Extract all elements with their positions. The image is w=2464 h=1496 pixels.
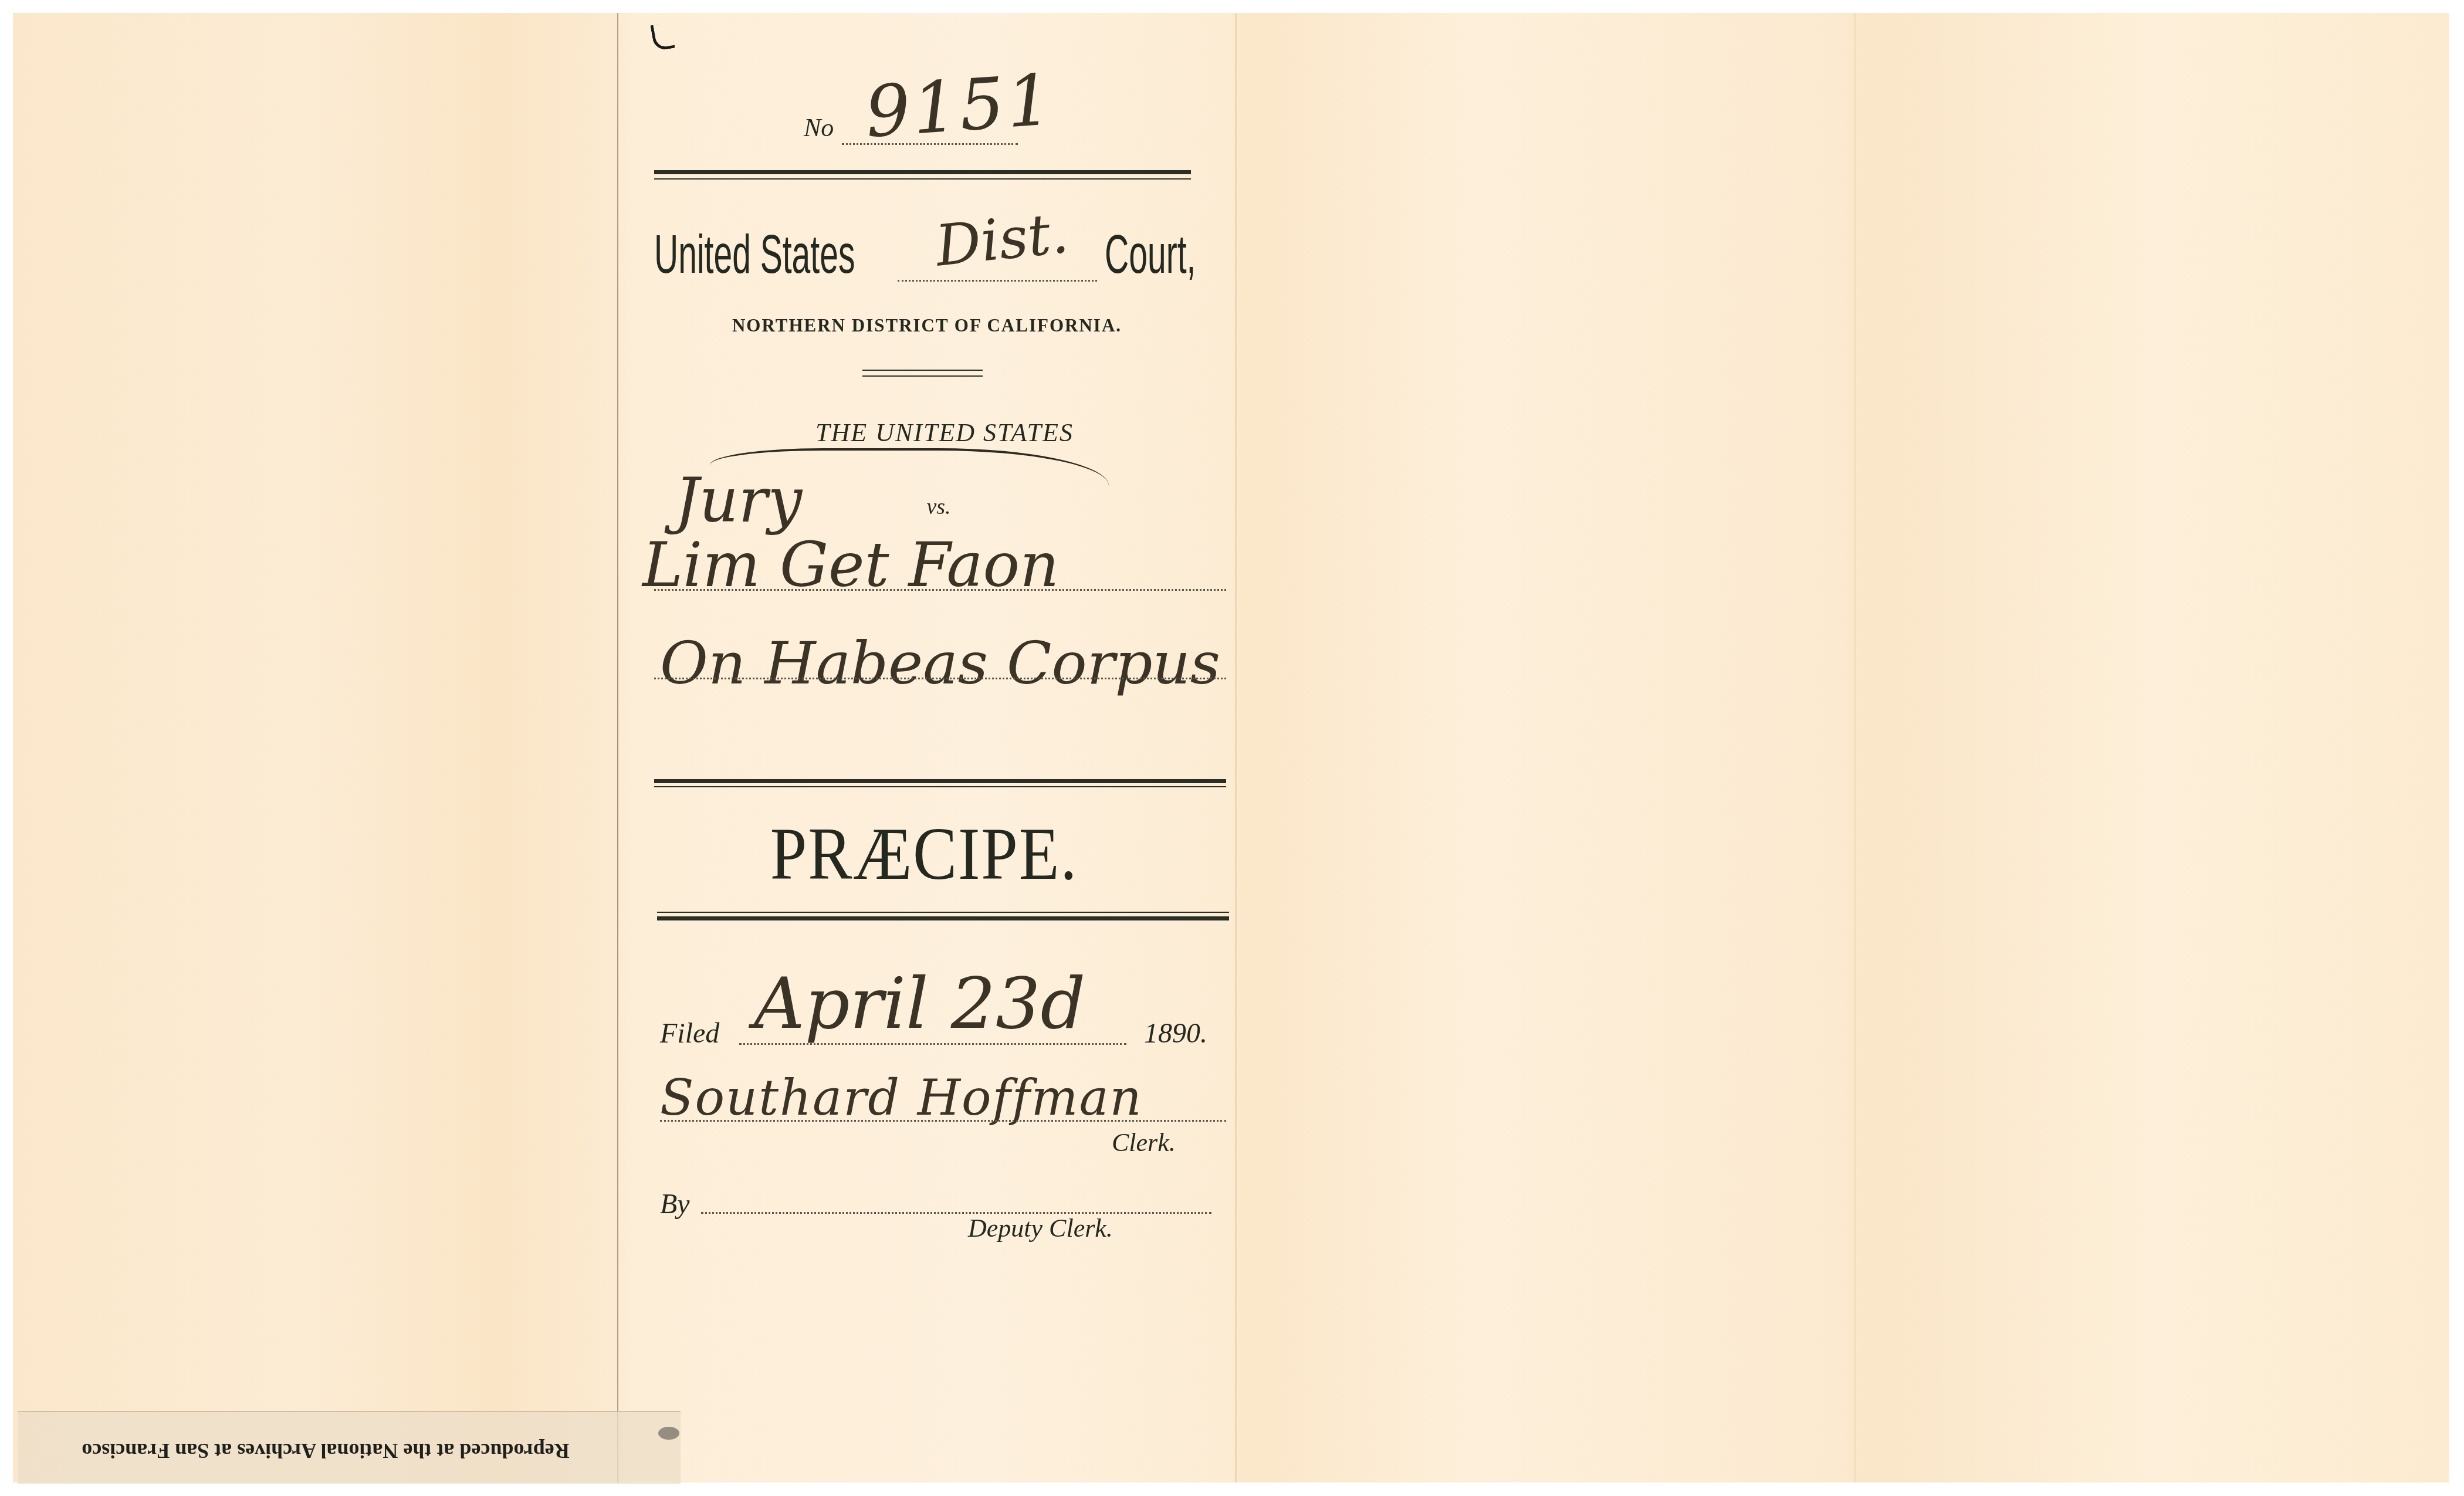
rule-short-2 — [862, 375, 983, 377]
defendant-line-1: Jury — [675, 465, 802, 536]
deputy-by-label: By — [660, 1188, 690, 1220]
case-number-handwritten: 9151 — [863, 59, 1057, 154]
filed-date-handwritten: April 23d — [754, 963, 1085, 1045]
clerk-signature-line — [660, 1120, 1226, 1122]
court-prefix: United States — [654, 224, 855, 286]
deputy-signature-line — [701, 1212, 1211, 1214]
paper-fold-center — [1235, 13, 1237, 1483]
document-title: PRÆCIPE. — [651, 811, 1198, 897]
defendant-line-2-dotted — [654, 678, 1226, 679]
case-number-label: No — [804, 113, 834, 143]
tape-residue — [658, 1427, 679, 1440]
paper-fold-right — [1854, 13, 1856, 1483]
defendant-line-3: On Habeas Corpus — [660, 629, 1220, 698]
rule-title-bottom-thin — [657, 912, 1229, 913]
archive-reproduction-notice: Reproduced at the National Archives at S… — [32, 1439, 619, 1463]
district-name: NORTHERN DISTRICT OF CALIFORNIA. — [619, 315, 1235, 336]
rule-short-1 — [862, 370, 983, 371]
rule-title-top-thin — [654, 786, 1226, 787]
filed-label: Filed — [660, 1017, 719, 1050]
court-suffix: Court, — [1105, 224, 1196, 286]
paper-fold-left — [617, 13, 618, 1483]
plaintiff-name: THE UNITED STATES — [654, 418, 1235, 448]
praecipe-cover-panel: No 9151 United States Dist. Court, NORTH… — [619, 13, 1235, 1483]
rule-top-thick — [654, 170, 1191, 174]
filed-year: 1890. — [1144, 1017, 1207, 1050]
defendant-line-1-dotted — [654, 589, 1226, 591]
rule-top-thin — [654, 178, 1191, 180]
court-type-handwritten: Dist. — [933, 199, 1072, 279]
deputy-clerk-label: Deputy Clerk. — [968, 1213, 1113, 1243]
clerk-signature: Southard Hoffman — [660, 1069, 1143, 1126]
court-type-line — [898, 280, 1097, 282]
rule-title-bottom-thick — [657, 916, 1229, 920]
clerk-label: Clerk. — [1112, 1128, 1176, 1157]
rule-title-top-thick — [654, 779, 1226, 783]
